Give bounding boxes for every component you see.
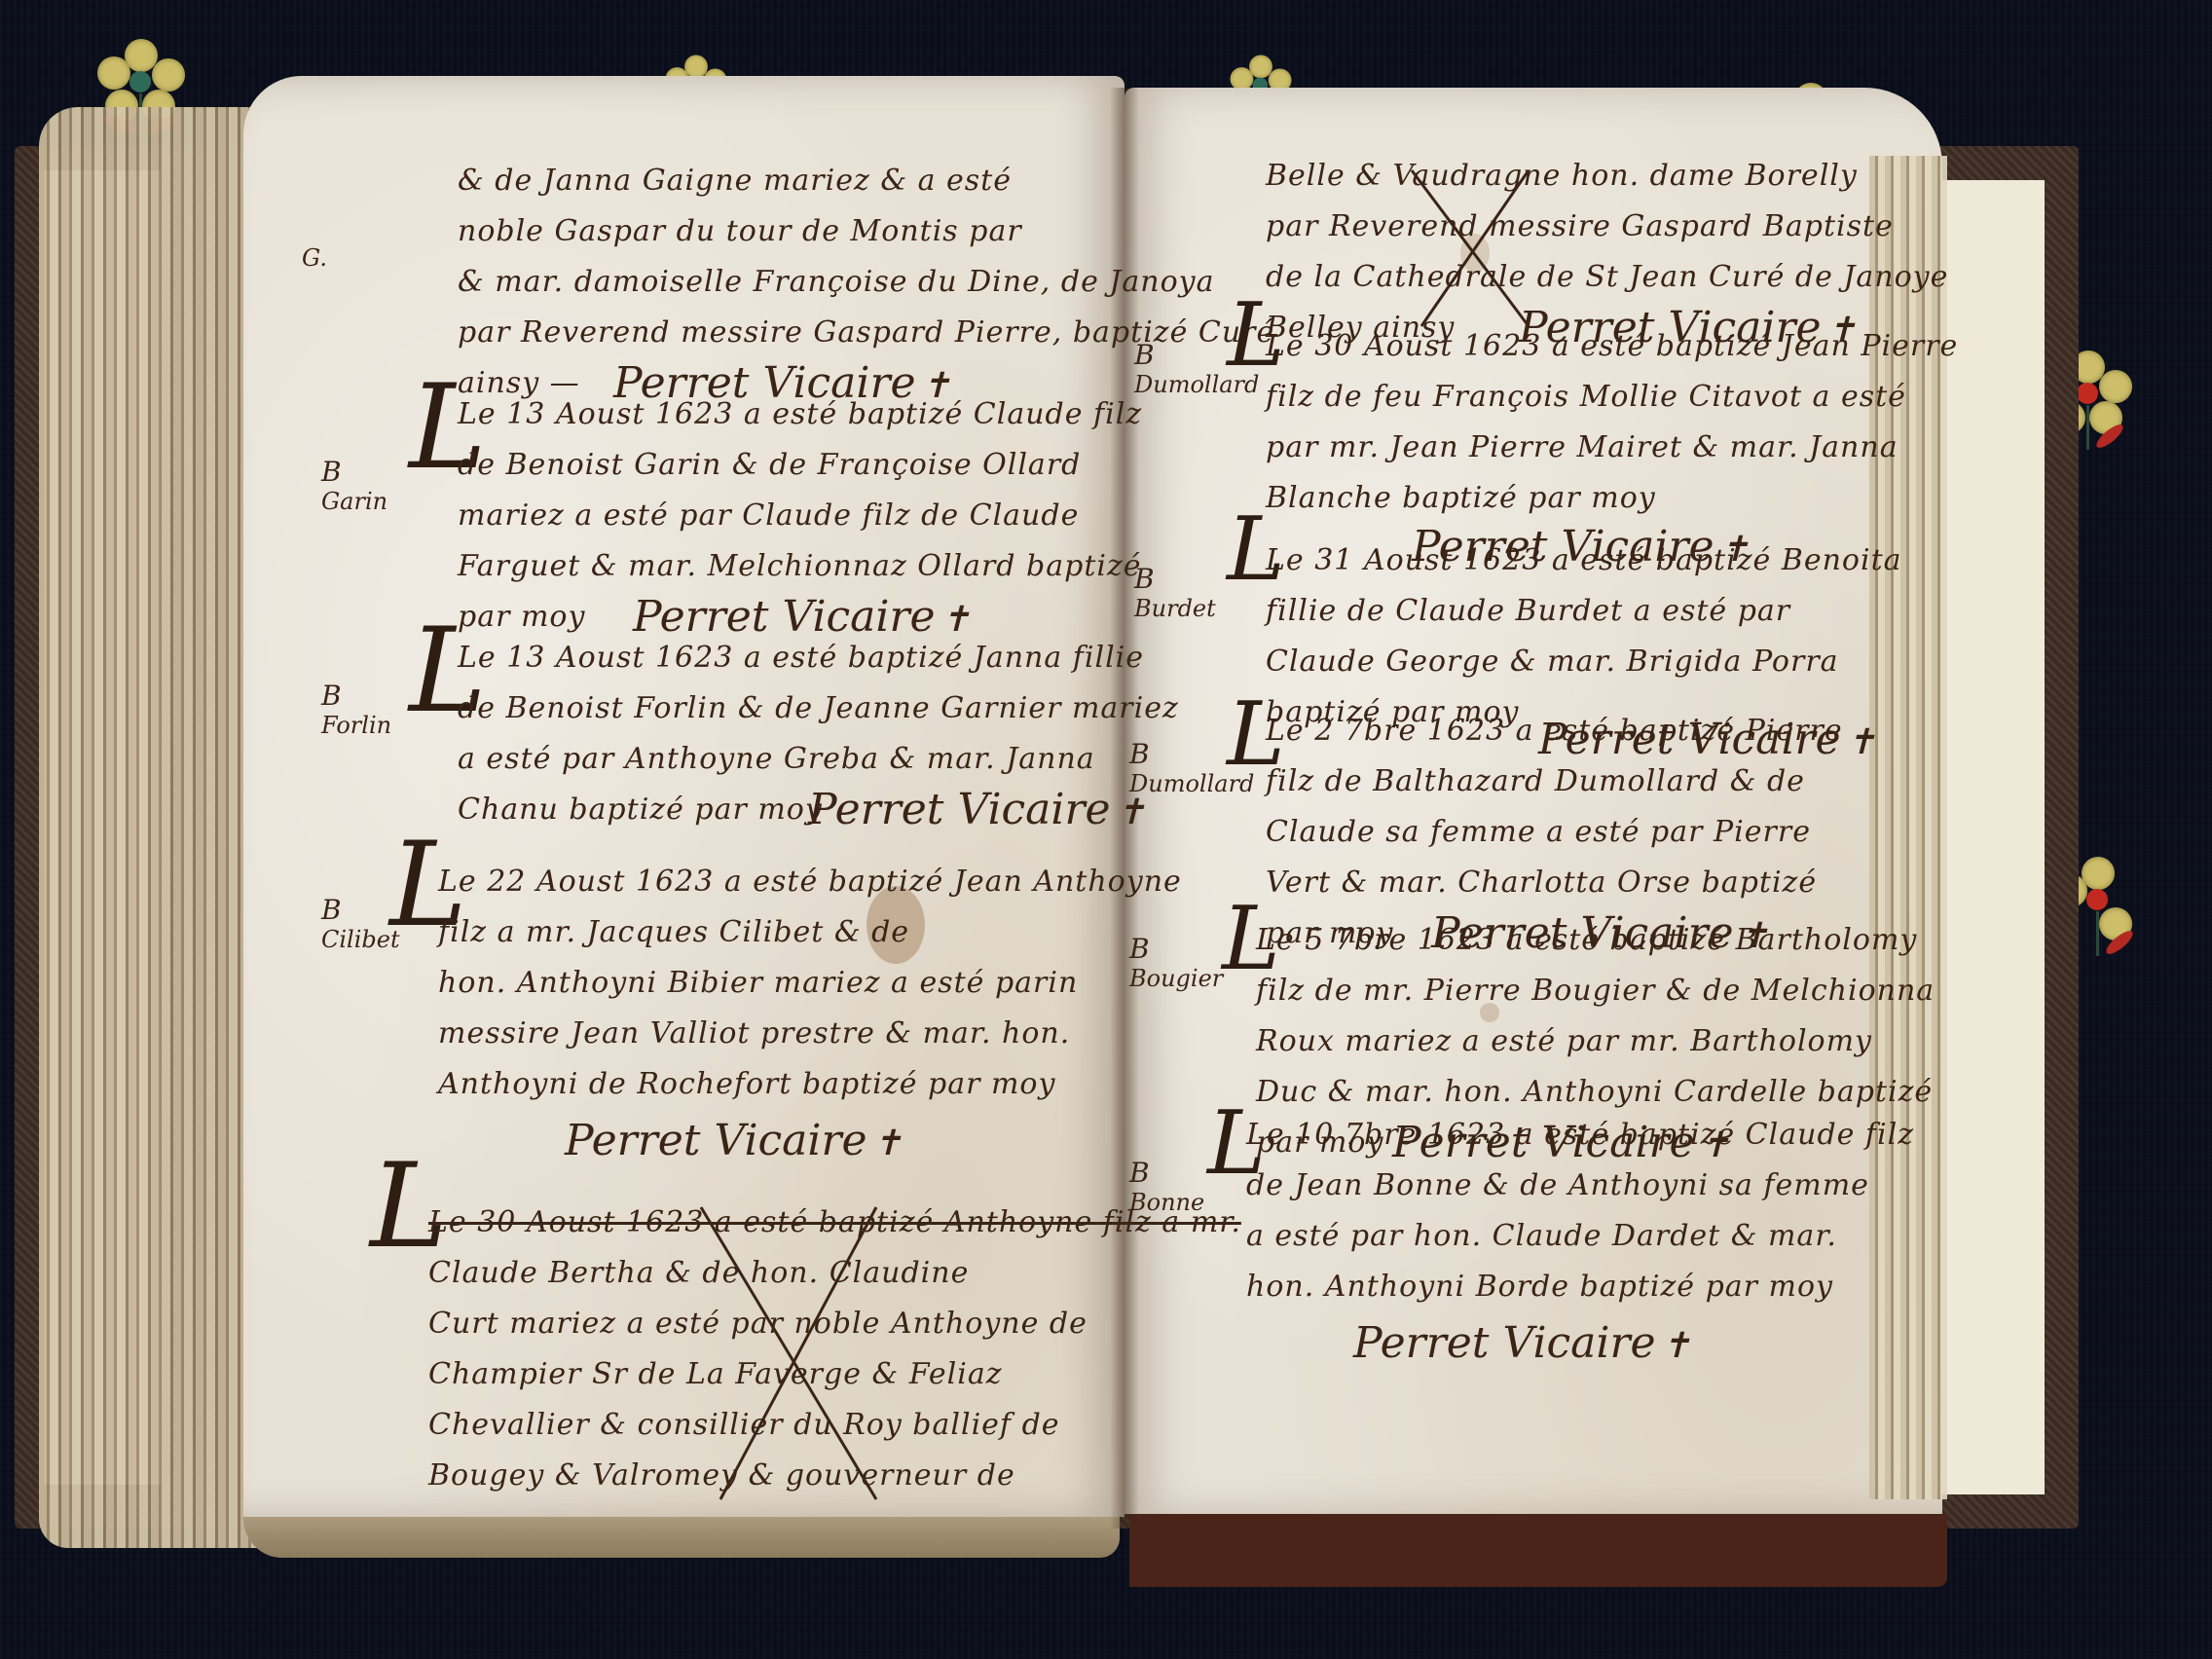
vicar-signature: Perret Vicaire✝ — [808, 779, 1179, 844]
margin-note: B Cilibet — [321, 896, 400, 954]
cross-flourish-icon: ✝ — [873, 1124, 903, 1163]
vicar-signature: Perret Vicaire✝ — [1353, 1312, 1914, 1378]
margin-note: B Burdet — [1134, 565, 1216, 623]
register-entry: Le 10 7bre 1623 a esté baptizé Claude fi… — [1246, 1110, 1914, 1378]
margin-note: B Bougier — [1129, 935, 1223, 993]
register-entry: Le 13 Aoust 1623 a esté baptizé Claude f… — [458, 389, 1142, 651]
margin-note: G. — [302, 243, 327, 273]
vicar-signature: Perret Vicaire✝ — [565, 1110, 1182, 1175]
register-entry: Le 22 Aoust 1623 a esté baptizé Jean Ant… — [438, 857, 1182, 1175]
margin-note: B Bonne — [1129, 1159, 1204, 1217]
strike-through-x-mark — [1402, 166, 1538, 331]
worn-page-edges-left — [39, 107, 273, 1548]
margin-note: B Garin — [321, 458, 387, 516]
cross-flourish-icon: ✝ — [1847, 722, 1876, 762]
strike-through-x-mark — [682, 1198, 896, 1509]
margin-note: B Forlin — [321, 682, 391, 740]
cross-flourish-icon: ✝ — [1117, 793, 1146, 832]
register-entry: Le 13 Aoust 1623 a esté baptizé Janna fi… — [458, 633, 1179, 844]
cross-flourish-icon: ✝ — [1662, 1326, 1691, 1366]
book-spine — [1129, 1514, 1947, 1587]
